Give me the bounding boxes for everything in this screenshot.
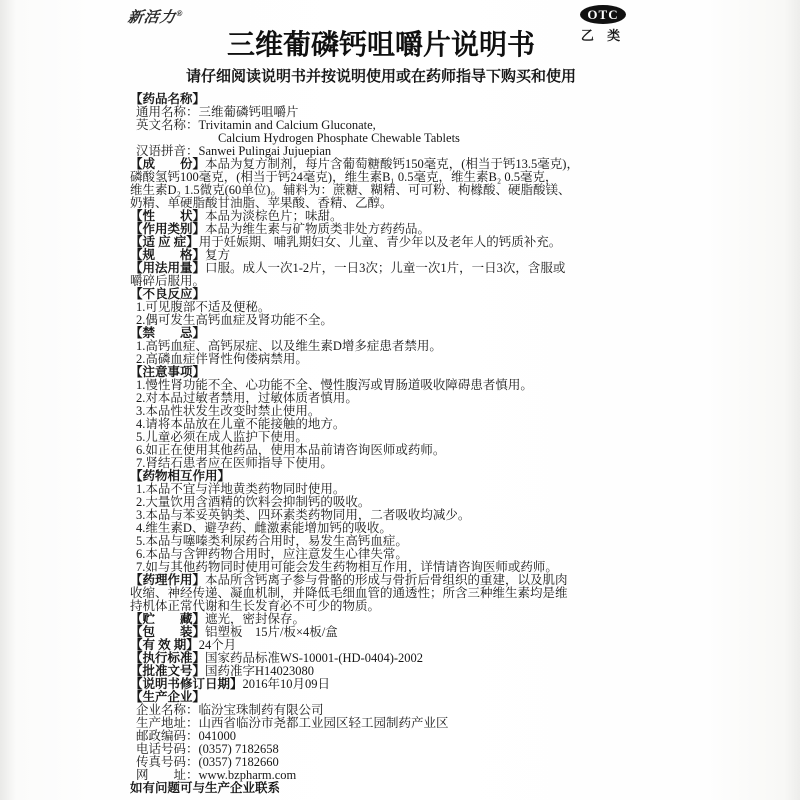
section-label: 【不良反应】 — [130, 287, 205, 301]
line-text: 6.如正在使用其他药品，使用本品前请咨询医师或药师。 — [136, 443, 445, 457]
line-text: 24个月 — [199, 638, 237, 652]
section-label: 【适 应 症】 — [130, 235, 199, 249]
brand-name: 新活力 — [127, 9, 177, 26]
line-text: 用于妊娠期、哺乳期妇女、儿童、青少年以及老年人的钙质补充。 — [199, 235, 562, 249]
line-text: 5.儿童必须在成人监护下使用。 — [136, 430, 308, 444]
section-label: 【性 状】 — [130, 209, 205, 223]
section-label: 【药品名称】 — [130, 92, 205, 106]
otc-oval-icon: OTC — [580, 5, 626, 24]
line-text: 3.本品性状发生改变时禁止使用。 — [136, 404, 320, 418]
line-text: 复方 — [205, 248, 230, 262]
section-label: 【执行标准】 — [130, 651, 205, 665]
section-label: 【规 格】 — [130, 248, 205, 262]
section-label: 【用法用量】 — [130, 261, 205, 275]
line-text: 本品为复方制剂，每片含葡萄糖酸钙150毫克，(相当于钙13.5毫克)， — [205, 157, 579, 171]
section-label: 【药理作用】 — [130, 573, 205, 587]
leaflet-line: 如有问题可与生产企业联系 — [130, 782, 640, 795]
page-title: 三维葡磷钙咀嚼片说明书 — [130, 30, 632, 60]
leaflet-line: 2.偶可发生高钙血症及肾功能不全。 — [130, 314, 640, 327]
line-text: 2.大量饮用含酒精的饮料会抑制钙的吸收。 — [136, 495, 370, 509]
section-label: 【禁 忌】 — [130, 326, 205, 340]
line-text: 铝塑板 15片/板×4板/盒 — [205, 625, 338, 639]
line-text: 本品为维生素与矿物质类非处方药药品。 — [205, 222, 430, 236]
line-text: 嚼碎后服用。 — [130, 274, 205, 288]
line-text: 本品为淡棕色片；味甜。 — [205, 209, 343, 223]
leaflet-line: 【说明书修订日期】2016年10月09日 — [130, 678, 640, 691]
section-label: 【包 装】 — [130, 625, 205, 639]
line-text: 通用名称：三维葡磷钙咀嚼片 — [136, 105, 299, 119]
page-subtitle: 请仔细阅读说明书并按说明使用或在药师指导下购买和使用 — [130, 65, 632, 86]
section-label: 【作用类别】 — [130, 222, 205, 236]
line-text: 7.肾结石患者应在医师指导下使用。 — [136, 456, 333, 470]
section-label: 【成 份】 — [130, 157, 205, 171]
leaflet-line: 2.高磷血症伴肾性佝偻病禁用。 — [130, 353, 640, 366]
line-text: 生产地址：山西省临汾市尧都工业园区轻工园制药产业区 — [136, 716, 449, 730]
line-text: 国家药品标准WS-10001-(HD-0404)-2002 — [205, 651, 423, 665]
brand-logo: 新活力® — [127, 6, 185, 27]
leaflet-body: 【药品名称】通用名称：三维葡磷钙咀嚼片英文名称：Trivitamin and C… — [130, 93, 640, 795]
section-label: 【贮 藏】 — [130, 612, 205, 626]
line-text: 英文名称：Trivitamin and Calcium Gluconate, — [136, 118, 376, 132]
line-text: 网 址：www.bzpharm.com — [136, 768, 296, 782]
line-text: 2016年10月09日 — [243, 677, 331, 691]
line-text: 6.本品与含钾药物合用时，应注意发生心律失常。 — [136, 547, 408, 561]
line-text: Calcium Hydrogen Phosphate Chewable Tabl… — [218, 131, 460, 145]
section-label: 【药物相互作用】 — [130, 469, 230, 483]
line-text: 传真号码：(0357) 7182660 — [136, 755, 279, 769]
line-text: 汉语拼音：Sanwei Pulingai Jujuepian — [136, 144, 331, 158]
line-text: 1.可见腹部不适及便秘。 — [136, 300, 270, 314]
line-text: 持机体正常代谢和生长发育必不可少的物质。 — [130, 599, 380, 613]
section-label: 【说明书修订日期】 — [130, 677, 243, 691]
line-text: 邮政编码：041000 — [136, 729, 236, 743]
line-text: 1.慢性肾功能不全、心功能不全、慢性腹泻或胃肠道吸收障碍患者慎用。 — [136, 378, 533, 392]
registered-mark-icon: ® — [176, 9, 184, 18]
line-text: 电话号码：(0357) 7182658 — [136, 742, 279, 756]
line-text: 2.对本品过敏者禁用，过敏体质者慎用。 — [136, 391, 358, 405]
leaflet-page: 新活力® OTC 乙 类 三维葡磷钙咀嚼片说明书 请仔细阅读说明书并按说明使用或… — [0, 0, 800, 800]
line-text: 1.本品不宜与洋地黄类药物同时使用。 — [136, 482, 345, 496]
line-text: 本品所含钙离子参与骨骼的形成与骨折后骨组织的重建，以及肌肉 — [205, 573, 568, 587]
line-text: 国药准字H14023080 — [205, 664, 314, 678]
line-text: 2.偶可发生高钙血症及肾功能不全。 — [136, 313, 333, 327]
section-label: 【批准文号】 — [130, 664, 205, 678]
line-text: 5.本品与噻嗪类利尿药合用时，易发生高钙血症。 — [136, 534, 408, 548]
line-text: 4.维生素D、避孕药、雌激素能增加钙的吸收。 — [136, 521, 392, 535]
line-text: 1.高钙血症、高钙尿症、以及维生素D增多症患者禁用。 — [136, 339, 442, 353]
line-text: 收缩、神经传递、凝血机制，并降低毛细血管的通透性；所含三种维生素均是维 — [130, 586, 568, 600]
section-label: 【注意事项】 — [130, 365, 205, 379]
line-text: 如有问题可与生产企业联系 — [130, 781, 280, 795]
line-text: 2.高磷血症伴肾性佝偻病禁用。 — [136, 352, 308, 366]
section-label: 【有 效 期】 — [130, 638, 199, 652]
line-text: 口服。成人一次1-2片，一日3次；儿童一次1片，一日3次，含服或 — [205, 261, 565, 275]
leaflet-line: 【用法用量】口服。成人一次1-2片，一日3次；儿童一次1片，一日3次，含服或 — [130, 262, 640, 275]
line-text: 遮光，密封保存。 — [205, 612, 305, 626]
line-text: 企业名称：临汾宝珠制药有限公司 — [136, 703, 324, 717]
line-text: 奶精、单硬脂酸甘油脂、苹果酸、香精、乙醇。 — [130, 196, 393, 210]
line-text: 4.请将本品放在儿童不能接触的地方。 — [136, 417, 345, 431]
line-text: 磷酸氢钙100毫克，(相当于钙24毫克)，维生素B₁ 0.5毫克，维生素B₂ 0… — [130, 170, 557, 184]
section-label: 【生产企业】 — [130, 690, 205, 704]
line-text: 3.本品与苯妥英钠类、四环素类药物同用，二者吸收均减少。 — [136, 508, 470, 522]
line-text: 7.如与其他药物同时使用可能会发生药物相互作用，详情请咨询医师或药师。 — [136, 560, 558, 574]
leaflet-line: 嚼碎后服用。 — [130, 275, 640, 288]
line-text: 维生素D₂ 1.5微克(60单位)。辅料为：蔗糖、糊精、可可粉、枸橼酸、硬脂酸镁… — [130, 183, 570, 197]
